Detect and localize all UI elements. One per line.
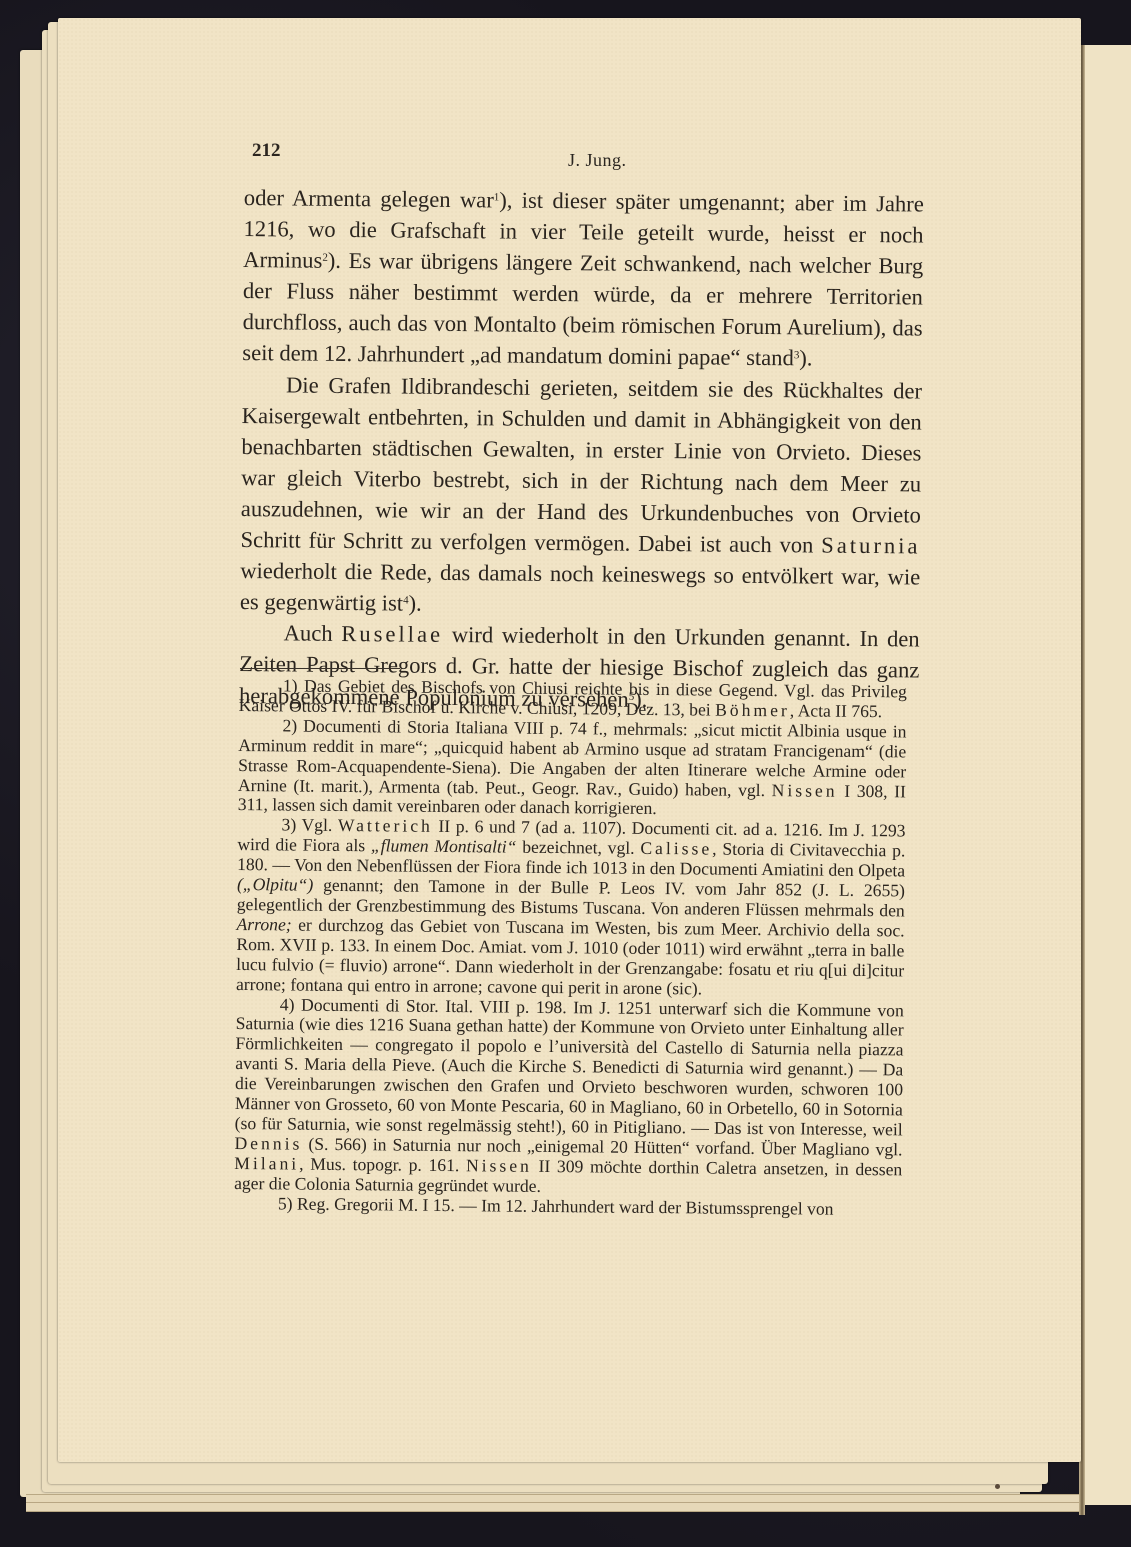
paper-speck [995,1484,1000,1489]
paragraph: Die Grafen Ildibrandeschi gerieten, seit… [240,369,922,624]
footnote-2: 2) Documenti di Storia Italiana VIII p. … [238,716,907,822]
page-header: 212 J. Jung. [252,140,932,170]
running-head: J. Jung. [568,150,627,171]
spaced-name: Saturnia [821,533,921,559]
footnote-3: 3) Vgl. Watterich II p. 6 und 7 (ad a. 1… [236,815,906,1001]
spaced-name: Rusellae [341,621,443,647]
footnote-separator [240,668,400,669]
footnotes: 1) Das Gebiet des Bischofs von Chiusi re… [234,676,907,1220]
main-text: oder Armenta gelegen war1), ist dieser s… [239,182,924,717]
page-stack-bottom-edges [26,1494,1079,1512]
page-number: 212 [252,140,281,162]
paragraph: oder Armenta gelegen war1), ist dieser s… [242,182,924,375]
facing-page-edge [1083,45,1131,1505]
footnote-4: 4) Documenti di Stor. Ital. VIII p. 198.… [234,994,904,1199]
